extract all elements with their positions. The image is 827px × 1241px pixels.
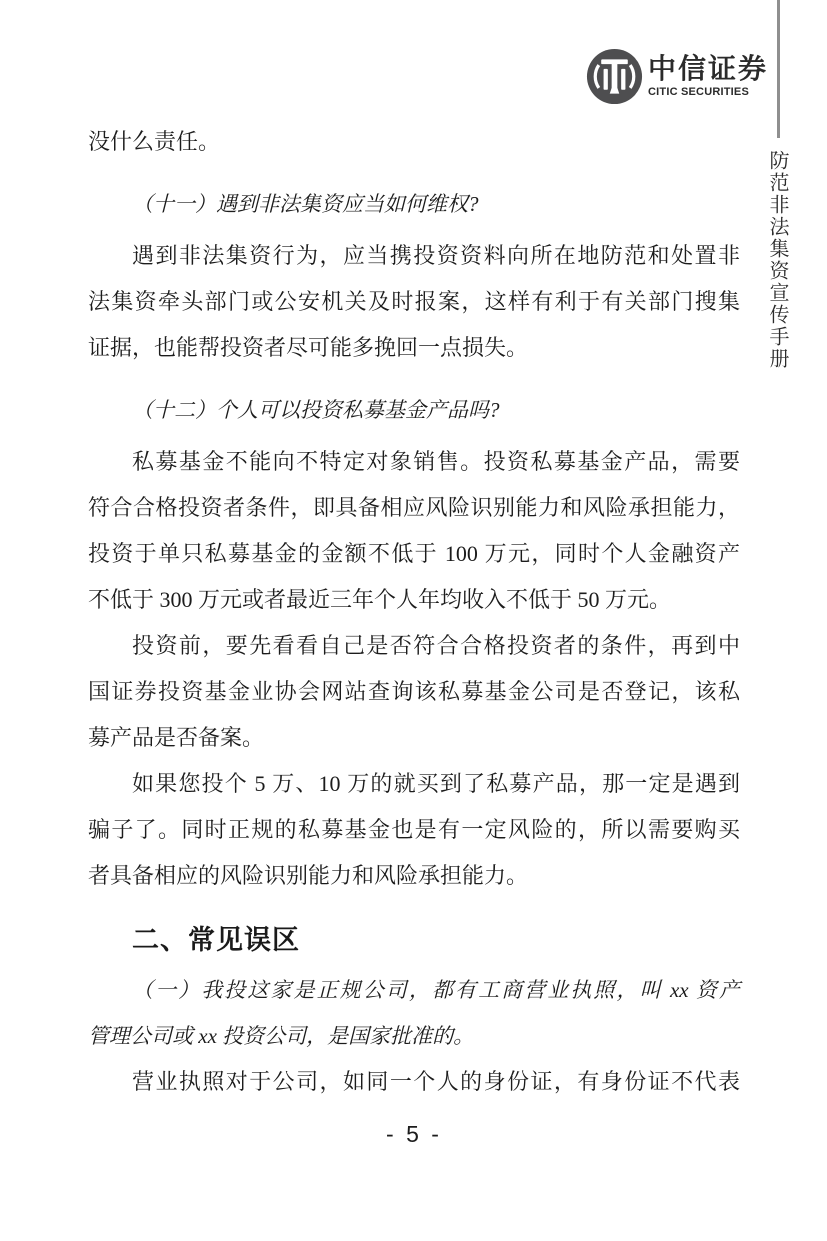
header-logo: 中信证券 CITIC SECURITIES: [586, 48, 768, 105]
text-line: （十一）遇到非法集资应当如何维权?: [88, 181, 740, 227]
text-line: （一）我投这家是正规公司，都有工商营业执照，叫 xx 资产: [88, 967, 740, 1013]
text-line: 投资于单只私募基金的金额不低于 100 万元，同时个人金融资产: [88, 531, 740, 577]
text-line: 符合合格投资者条件，即具备相应风险识别能力和风险承担能力，: [88, 485, 740, 531]
text-line: 如果您投个 5 万、10 万的就买到了私募产品，那一定是遇到: [88, 761, 740, 807]
sidebar-vertical-title: 防范非法集资宣传手册: [763, 150, 792, 370]
brand-name-en: CITIC SECURITIES: [648, 86, 768, 99]
text-line: 私募基金不能向不特定对象销售。投资私募基金产品，需要: [88, 439, 740, 485]
text-line: 投资前，要先看看自己是否符合合格投资者的条件，再到中: [88, 623, 740, 669]
text-line: 管理公司或 xx 投资公司，是国家批准的。: [88, 1013, 740, 1059]
text-line: 者具备相应的风险识别能力和风险承担能力。: [88, 853, 740, 899]
text-line: 没什么责任。: [88, 119, 740, 165]
brand-text: 中信证券 CITIC SECURITIES: [648, 54, 768, 99]
document-page: { "header": { "logo": { "brand_cn": "中信证…: [0, 0, 827, 1241]
page-number: - 5 -: [88, 1114, 740, 1154]
text-line: 营业执照对于公司，如同一个人的身份证，有身份证不代表: [88, 1059, 740, 1105]
text-line: 骗子了。同时正规的私募基金也是有一定风险的，所以需要购买: [88, 807, 740, 853]
text-line: 不低于 300 万元或者最近三年个人年均收入不低于 50 万元。: [88, 577, 740, 623]
text-line: 募产品是否备案。: [88, 715, 740, 761]
sidebar-vertical-rule: [777, 0, 780, 138]
citic-circle-icon: [586, 48, 643, 105]
document-body: 没什么责任。（十一）遇到非法集资应当如何维权?遇到非法集资行为，应当携投资资料向…: [88, 119, 740, 1105]
section-heading: 二、常见误区: [88, 917, 740, 963]
text-line: 证据，也能帮投资者尽可能多挽回一点损失。: [88, 325, 740, 371]
brand-name-cn: 中信证券: [648, 54, 768, 86]
text-line: 法集资牵头部门或公安机关及时报案，这样有利于有关部门搜集: [88, 279, 740, 325]
text-line: （十二）个人可以投资私募基金产品吗?: [88, 387, 740, 433]
text-line: 国证券投资基金业协会网站查询该私募基金公司是否登记，该私: [88, 669, 740, 715]
text-line: 遇到非法集资行为，应当携投资资料向所在地防范和处置非: [88, 233, 740, 279]
